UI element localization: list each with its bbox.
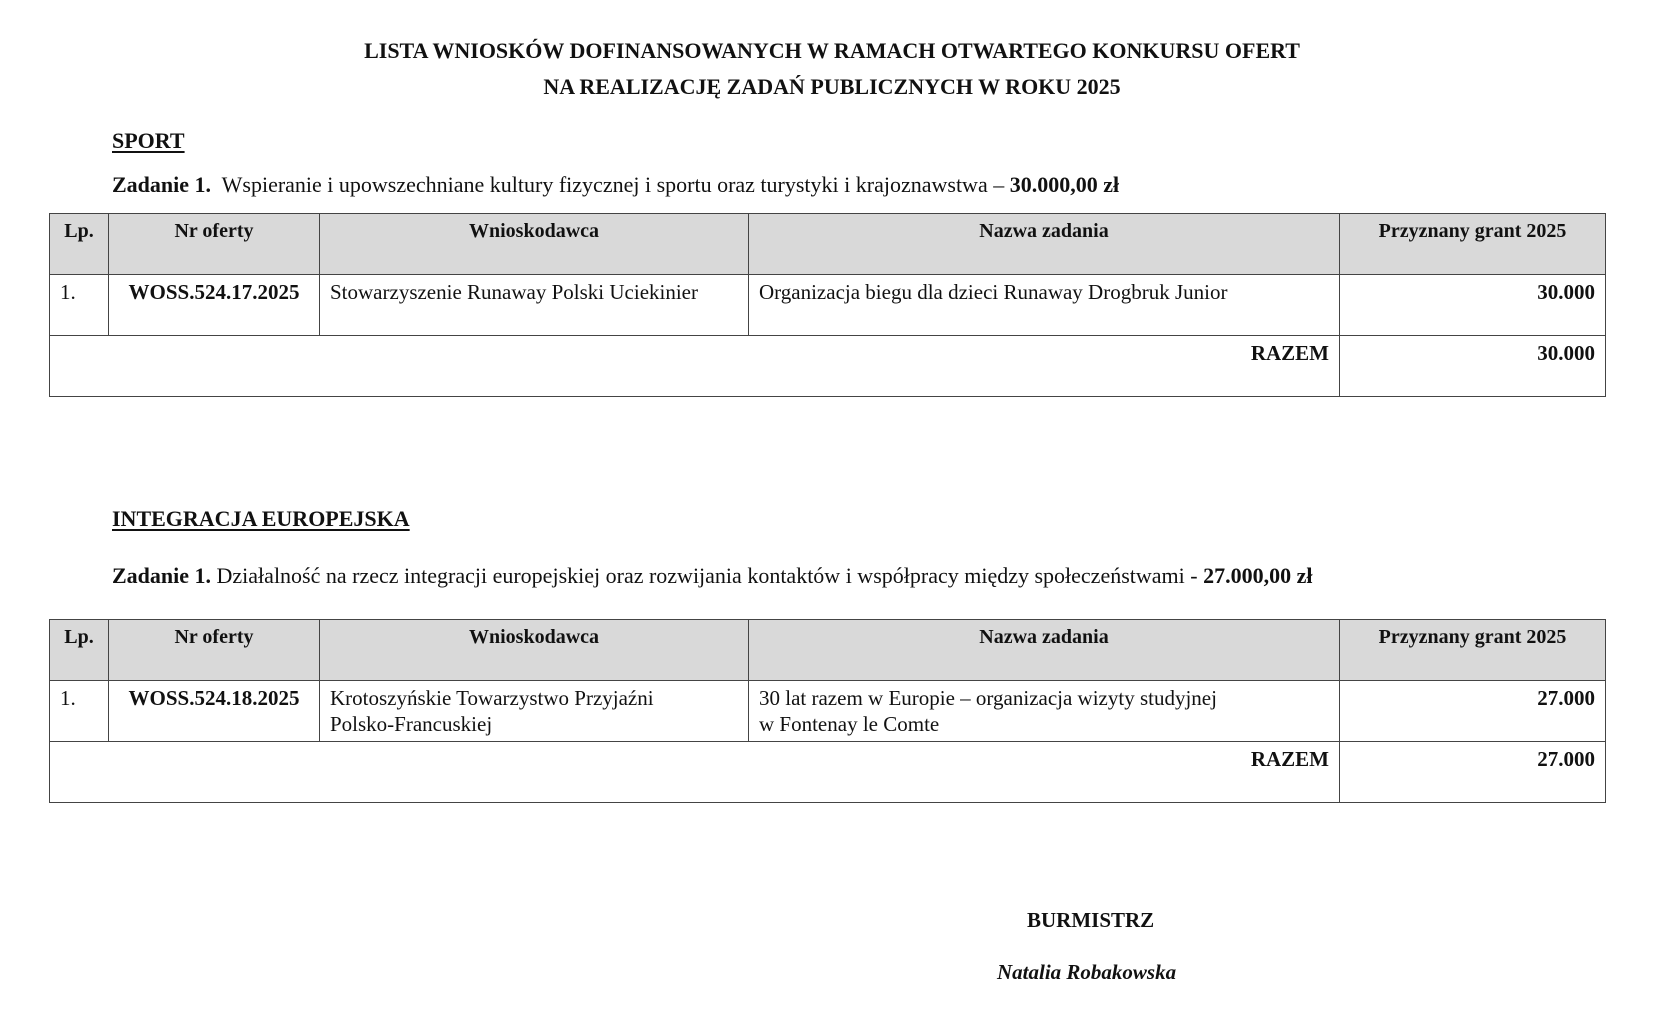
task-label: Zadanie 1. xyxy=(112,563,211,588)
total-row: RAZEM 27.000 xyxy=(50,742,1606,803)
cell-nazwa-zadania: Organizacja biegu dla dzieci Runaway Dro… xyxy=(749,275,1340,336)
total-value: 30.000 xyxy=(1340,336,1606,397)
total-row: RAZEM 30.000 xyxy=(50,336,1606,397)
header-nr-oferty: Nr oferty xyxy=(109,214,320,275)
section-heading-sport: SPORT xyxy=(112,128,185,154)
grants-table-integracja: Lp. Nr oferty Wnioskodawca Nazwa zadania… xyxy=(49,619,1606,803)
header-wnioskodawca: Wnioskodawca xyxy=(320,620,749,681)
table-row: 1. WOSS.524.17.2025 Stowarzyszenie Runaw… xyxy=(50,275,1606,336)
task-description-integracja: Zadanie 1. Działalność na rzecz integrac… xyxy=(112,563,1312,589)
task-amount: 30.000,00 zł xyxy=(1010,172,1119,197)
total-label: RAZEM xyxy=(50,336,1340,397)
total-value: 27.000 xyxy=(1340,742,1606,803)
header-wnioskodawca: Wnioskodawca xyxy=(320,214,749,275)
cell-grant: 30.000 xyxy=(1340,275,1606,336)
signature-name: Natalia Robakowska xyxy=(997,960,1176,985)
header-nr-oferty: Nr oferty xyxy=(109,620,320,681)
grants-table-sport: Lp. Nr oferty Wnioskodawca Nazwa zadania… xyxy=(49,213,1606,397)
cell-nr-oferty: WOSS.524.18.2025 xyxy=(109,681,320,742)
table-header-row: Lp. Nr oferty Wnioskodawca Nazwa zadania… xyxy=(50,620,1606,681)
document-title-line-2: NA REALIZACJĘ ZADAŃ PUBLICZNYCH W ROKU 2… xyxy=(0,74,1664,100)
cell-nr-oferty: WOSS.524.17.2025 xyxy=(109,275,320,336)
cell-wnioskodawca: Krotoszyńskie Towarzystwo Przyjaźni Pols… xyxy=(320,681,749,742)
header-lp: Lp. xyxy=(50,620,109,681)
task-text: Działalność na rzecz integracji europejs… xyxy=(211,563,1203,588)
cell-wnioskodawca: Stowarzyszenie Runaway Polski Uciekinier xyxy=(320,275,749,336)
wnioskodawca-line-2: Polsko-Francuskiej xyxy=(330,711,738,737)
document-title-line-1: LISTA WNIOSKÓW DOFINANSOWANYCH W RAMACH … xyxy=(0,38,1664,64)
header-nazwa-zadania: Nazwa zadania xyxy=(749,214,1340,275)
task-label: Zadanie 1. xyxy=(112,172,211,197)
cell-lp: 1. xyxy=(50,681,109,742)
task-text: Wspieranie i upowszechniane kultury fizy… xyxy=(211,172,1010,197)
cell-lp: 1. xyxy=(50,275,109,336)
header-grant: Przyznany grant 2025 xyxy=(1340,214,1606,275)
total-label: RAZEM xyxy=(50,742,1340,803)
cell-nazwa-zadania: 30 lat razem w Europie – organizacja wiz… xyxy=(749,681,1340,742)
task-description-sport: Zadanie 1. Wspieranie i upowszechniane k… xyxy=(112,172,1119,198)
header-nazwa-zadania: Nazwa zadania xyxy=(749,620,1340,681)
nazwa-line-1: 30 lat razem w Europie – organizacja wiz… xyxy=(759,685,1329,711)
table-row: 1. WOSS.524.18.2025 Krotoszyńskie Towarz… xyxy=(50,681,1606,742)
section-heading-integracja-europejska: INTEGRACJA EUROPEJSKA xyxy=(112,506,410,532)
header-lp: Lp. xyxy=(50,214,109,275)
table-header-row: Lp. Nr oferty Wnioskodawca Nazwa zadania… xyxy=(50,214,1606,275)
cell-grant: 27.000 xyxy=(1340,681,1606,742)
header-grant: Przyznany grant 2025 xyxy=(1340,620,1606,681)
task-amount: 27.000,00 zł xyxy=(1203,563,1312,588)
nazwa-line-2: w Fontenay le Comte xyxy=(759,711,1329,737)
signature-role: BURMISTRZ xyxy=(1027,908,1154,933)
wnioskodawca-line-1: Krotoszyńskie Towarzystwo Przyjaźni xyxy=(330,685,738,711)
